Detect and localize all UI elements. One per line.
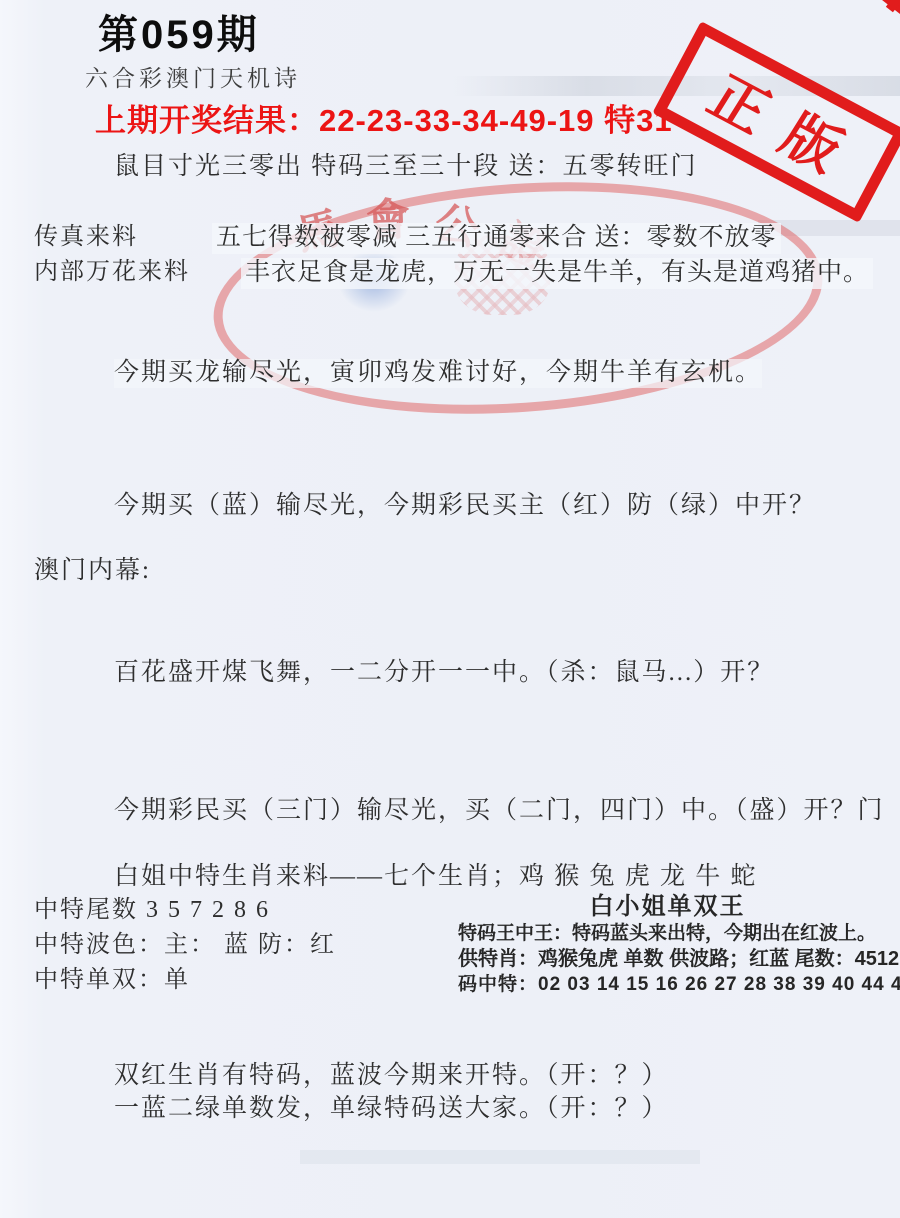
footer-poem-1: 双红生肖有特码，蓝波今期来开特。（开：？） bbox=[114, 1062, 669, 1091]
zodiac-supply-line: 供特肖：鸡猴兔虎 单数 供波路；红蓝 尾数：4512 bbox=[458, 948, 899, 971]
header-poem-line: 鼠目寸光三零出 特码三至三十段 送：五零转旺门 bbox=[114, 153, 698, 182]
scan-streak bbox=[300, 1150, 700, 1164]
last-draw-result: 上期开奖结果：22-23-33-34-49-19 特31 bbox=[95, 103, 673, 139]
internal-source-label: 内部万花来料 bbox=[34, 259, 190, 287]
fax-poem-2: 丰衣足食是龙虎，万无一失是牛羊，有头是道鸡猪中。 bbox=[241, 258, 873, 289]
doors-line: 今期彩民买（三门）输尽光，买（二门，四门）中。（盛）开？门 bbox=[114, 797, 885, 826]
wave-color-line: 中特波色：主： 蓝 防：红 bbox=[34, 932, 336, 960]
flower-poem-line: 百花盛开煤飞舞，一二分开一一中。（杀：鼠马...）开？ bbox=[114, 659, 774, 688]
macau-insider-label: 澳门内幕: bbox=[34, 557, 151, 586]
fax-source-label: 传真来料 bbox=[34, 224, 138, 252]
fax-poem-1: 五七得数被零减 三五行通零来合 送：零数不放零 bbox=[212, 223, 781, 254]
fax-sheet: { "colors": { "background": "#eef1f8", "… bbox=[0, 0, 900, 1218]
issue-number: 第059期 bbox=[98, 12, 260, 58]
sheet-title: 六合彩澳门天机诗 bbox=[85, 66, 301, 92]
zodiac-line: 白姐中特生肖来料——七个生肖；鸡 猴 兔 虎 龙 牛 蛇 bbox=[114, 863, 758, 892]
dragon-poem-line: 今期买龙输尽光，寅卯鸡发难讨好，今期牛羊有玄机。 bbox=[114, 359, 762, 388]
wang-zhong-wang-line: 特码王中王：特码蓝头来出特，今期出在红波上。 bbox=[458, 923, 876, 945]
tail-numbers-line: 中特尾数 3 5 7 2 8 6 bbox=[34, 897, 270, 925]
odd-even-line: 中特单双：单 bbox=[34, 967, 190, 995]
baixiaojie-title: 白小姐单双王 bbox=[455, 893, 880, 921]
code-numbers-line: 码中特：02 03 14 15 16 26 27 28 38 39 40 44 … bbox=[458, 974, 900, 996]
footer-poem-2: 一蓝二绿单数发，单绿特码送大家。（开：？） bbox=[114, 1095, 669, 1124]
blue-color-line: 今期买（蓝）输尽光，今期彩民买主（红）防（绿）中开？ bbox=[114, 492, 816, 521]
